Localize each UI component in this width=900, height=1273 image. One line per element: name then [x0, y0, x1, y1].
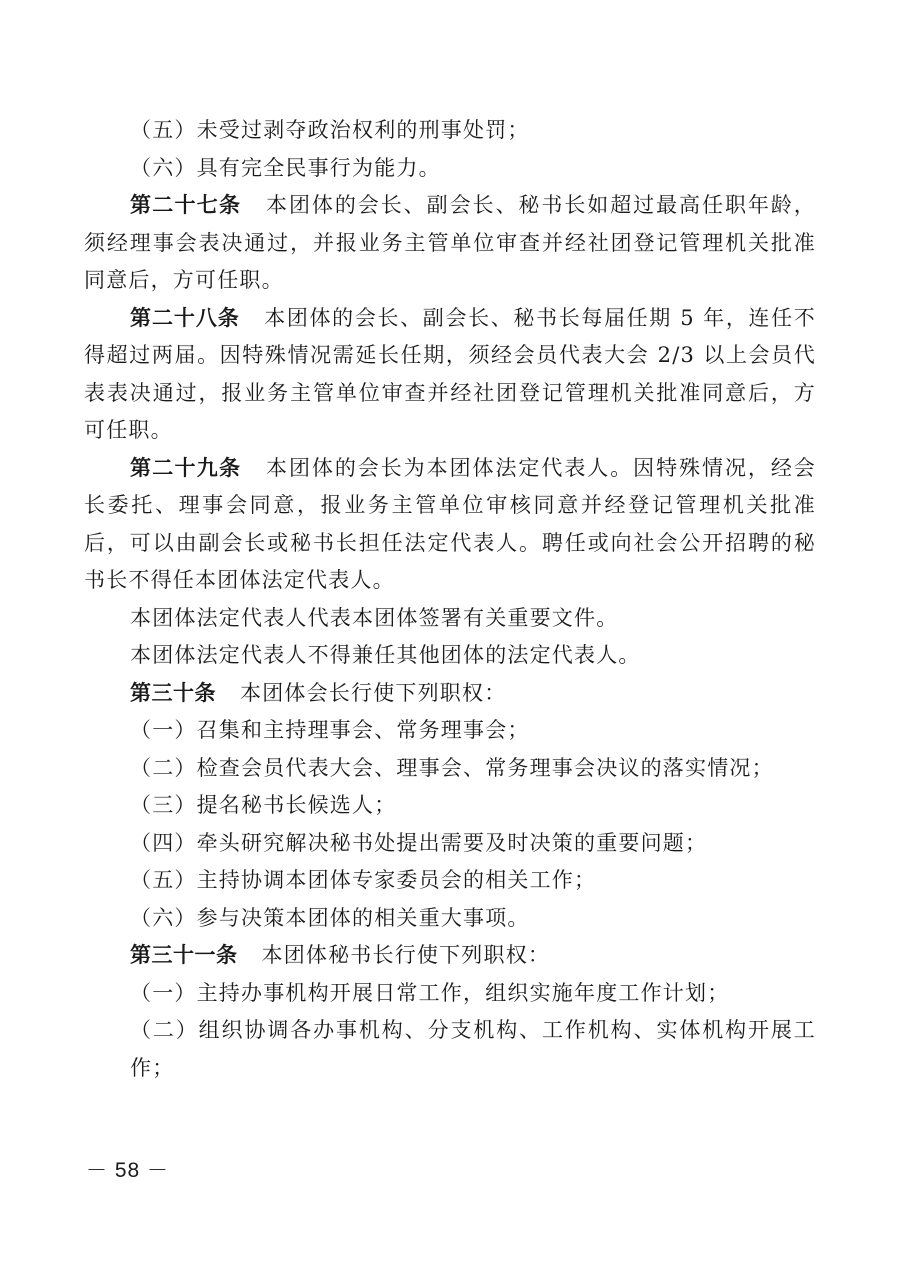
- article-30: 第三十条本团体会长行使下列职权：: [84, 675, 816, 713]
- article-body: 本团体会长行使下列职权：: [240, 681, 506, 705]
- article-title: 第三十一条: [130, 943, 238, 967]
- article-body: 本团体秘书长行使下列职权：: [262, 943, 551, 967]
- article-title: 第三十条: [130, 681, 216, 705]
- paragraph: 本团体法定代表人不得兼任其他团体的法定代表人。: [84, 637, 816, 675]
- article-29: 第二十九条本团体的会长为本团体法定代表人。因特殊情况，经会长委托、理事会同意，报…: [84, 450, 816, 600]
- article-28: 第二十八条本团体的会长、副会长、秘书长每届任期 5 年，连任不得超过两届。因特殊…: [84, 300, 816, 450]
- article-title: 第二十八条: [130, 306, 240, 330]
- article-title: 第二十九条: [130, 456, 241, 480]
- article-title: 第二十七条: [130, 193, 241, 217]
- list-item: （五）主持协调本团体专家委员会的相关工作；: [84, 862, 816, 900]
- list-item: （五）未受过剥夺政治权利的刑事处罚；: [84, 112, 816, 150]
- list-item: （六）具有完全民事行为能力。: [84, 150, 816, 188]
- list-item: （一）主持办事机构开展日常工作，组织实施年度工作计划；: [84, 975, 816, 1013]
- page-number: － 58 －: [86, 1154, 169, 1184]
- list-item: （四）牵头研究解决秘书处提出需要及时决策的重要问题；: [84, 825, 816, 863]
- list-item: （六）参与决策本团体的相关重大事项。: [84, 900, 816, 938]
- list-item: （二）组织协调各办事机构、分支机构、工作机构、实体机构开展工作；: [84, 1012, 816, 1087]
- article-27: 第二十七条本团体的会长、副会长、秘书长如超过最高任职年龄，须经理事会表决通过，并…: [84, 187, 816, 300]
- list-item: （二）检查会员代表大会、理事会、常务理事会决议的落实情况；: [84, 750, 816, 788]
- paragraph: 本团体法定代表人代表本团体签署有关重要文件。: [84, 600, 816, 638]
- article-31: 第三十一条本团体秘书长行使下列职权：: [84, 937, 816, 975]
- list-item: （一）召集和主持理事会、常务理事会；: [84, 712, 816, 750]
- document-page: （五）未受过剥夺政治权利的刑事处罚； （六）具有完全民事行为能力。 第二十七条本…: [84, 112, 816, 1087]
- list-item: （三）提名秘书长候选人；: [84, 787, 816, 825]
